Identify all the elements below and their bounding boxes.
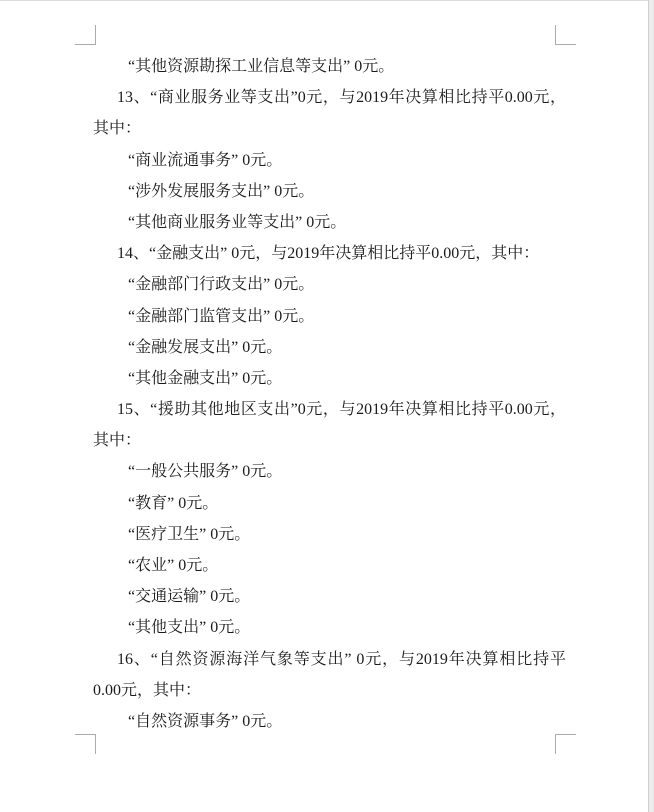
text-line: 14、“金融支出” 0元，与2019年决算相比持平0.00元，其中： (93, 238, 566, 269)
page-top-edge (0, 0, 654, 1)
document-body: “其他资源勘探工业信息等支出” 0元。13、“商业服务业等支出”0元，与2019… (93, 51, 566, 737)
text-line: “金融部门行政支出” 0元。 (93, 269, 566, 300)
document-page: “其他资源勘探工业信息等支出” 0元。13、“商业服务业等支出”0元，与2019… (0, 0, 654, 812)
text-line: “其他商业服务业等支出” 0元。 (93, 207, 566, 238)
text-line: “一般公共服务” 0元。 (93, 456, 566, 487)
text-line: “自然资源事务” 0元。 (93, 706, 566, 737)
text-line: “金融部门监管支出” 0元。 (93, 301, 566, 332)
text-line: “农业” 0元。 (93, 550, 566, 581)
text-line: 0.00元，其中： (93, 675, 566, 706)
text-line: 其中： (93, 425, 566, 456)
text-line: 15、“援助其他地区支出”0元，与2019年决算相比持平0.00元， (93, 394, 566, 425)
text-boundary-mark-top-right (555, 25, 576, 45)
text-line: “商业流通事务” 0元。 (93, 145, 566, 176)
page-right-edge (648, 0, 654, 812)
text-line: “其他支出” 0元。 (93, 612, 566, 643)
text-line: “交通运输” 0元。 (93, 581, 566, 612)
text-line: “其他金融支出” 0元。 (93, 363, 566, 394)
text-line: “教育” 0元。 (93, 488, 566, 519)
text-line: “涉外发展服务支出” 0元。 (93, 176, 566, 207)
text-line: “医疗卫生” 0元。 (93, 519, 566, 550)
text-line: 其中： (93, 113, 566, 144)
text-line: “金融发展支出” 0元。 (93, 332, 566, 363)
text-line: “其他资源勘探工业信息等支出” 0元。 (93, 51, 566, 82)
text-boundary-mark-top-left (75, 25, 96, 45)
text-line: 13、“商业服务业等支出”0元，与2019年决算相比持平0.00元， (93, 82, 566, 113)
text-line: 16、“自然资源海洋气象等支出” 0元，与2019年决算相比持平 (93, 644, 566, 675)
